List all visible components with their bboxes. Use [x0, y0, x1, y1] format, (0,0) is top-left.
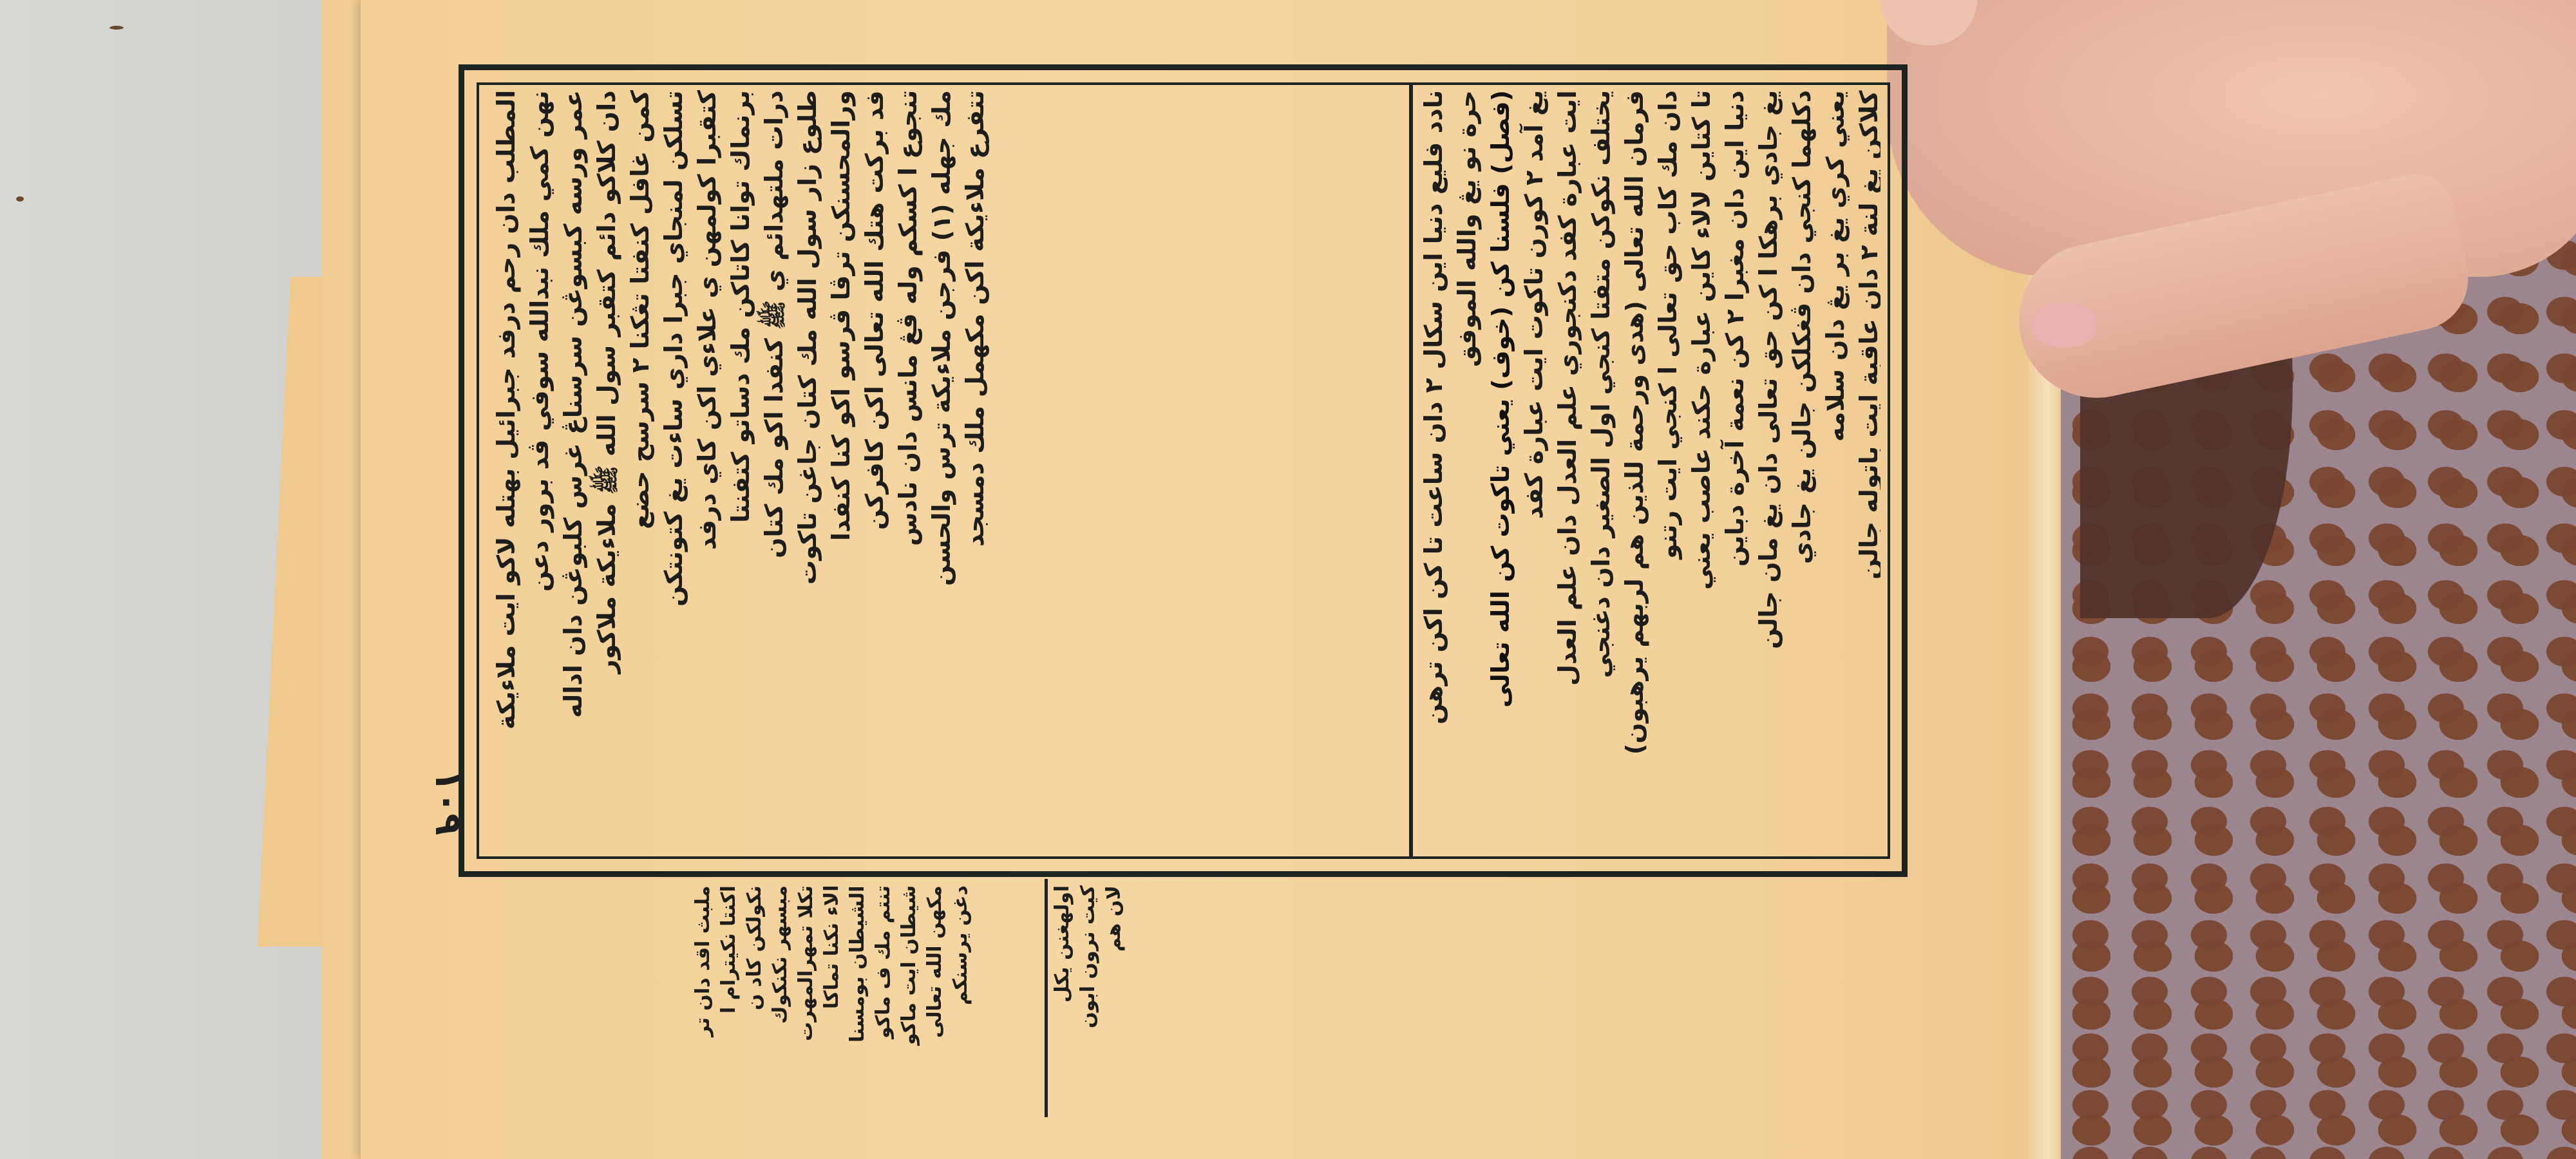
text-line: كلاكن يغ لنة ٢ دان عاقبة ايت باتوله جالن — [1852, 90, 1880, 853]
text-line: دكلهما كنجي دان ڤغكلكن جالن يغ جادي — [1785, 90, 1819, 853]
margin-commentary: ملبث اقد دان تر اكنتا نكيترام ا نكولكن ك… — [690, 885, 1032, 1117]
text-line: فرمان الله تعالى (هدى ورحمة للذين هم لرب… — [1618, 90, 1651, 853]
margin-line: نكولكن كاد ن — [742, 885, 768, 1117]
dust-speck — [16, 196, 24, 202]
margin-commentary-continued: اولهغنن يكل كيت نرون ابون لان هم — [1050, 885, 1127, 1117]
text-line: نادد فليع دنيا اين سكال ٢ دان ساعت تا كن… — [1417, 90, 1450, 853]
margin-line: اكنتا نكيترام ا — [716, 885, 742, 1117]
section-heading-line: (فصل) فلسنا كن (خوف) يعني تاكوت كن الله … — [1484, 90, 1517, 853]
text-line: تا كتاين لالاء كاين عبارة حكند عاصب يعني — [1685, 90, 1718, 853]
text-line: يغ آمد ٢ كورن تاكوت ايت عبارة كفد — [1517, 90, 1551, 853]
text-line: دنيا اين دان مغبرا ٢ كن نعمة آخرة دباين — [1718, 90, 1752, 853]
thumbnail — [2032, 303, 2096, 348]
text-line: دان كلاكو دائم كتقبر سول الله ﷺ ملاءيكة … — [590, 90, 623, 853]
text-line: درات ملتهدائم ي ﷺ كنفدا اكو مك كتان — [757, 90, 791, 853]
margin-line: تكلا تمهرالمهرت — [793, 885, 819, 1117]
text-line: فد بركت هتك الله تعالى اكن كافركن — [858, 90, 891, 853]
margin-line: تنتم مك ف ماكو — [871, 885, 896, 1117]
text-line: دان مك كاب حق تعالى ا كنجي ايت رتنو — [1651, 90, 1685, 853]
text-line: يختلف نكوكن متفتا كنجي اول الصغير دان دغ… — [1584, 90, 1618, 853]
section-divider — [1409, 82, 1413, 859]
text-line: تتفرع ملاءيكة اكن مكهمل ملك دمسجد — [958, 90, 992, 853]
text-line: مك جهله (١) فرجن ملاءيكة ترس والحسن — [925, 90, 958, 853]
text-line: عمر ورسه كبسوڠن سرسناڠ غرس كلبوڠن دان اد… — [556, 90, 590, 853]
margin-line: اولهغنن يكل — [1050, 885, 1075, 1117]
text-line: يعني كري يغ بر يڠ دان سلامه — [1819, 90, 1852, 853]
margin-line: الاء نكنا تماكا — [819, 885, 845, 1117]
text-line: كتقبرا كولمهن ي علاءي اكن كاي درفد — [690, 90, 724, 853]
margin-line: شيطان ايت ماكو — [896, 885, 922, 1117]
margin-line: ملبث اقد دان تر — [690, 885, 716, 1117]
text-line: تسلكن لمنجاي جبرا داري ساءت يغ كتونتكن — [657, 90, 690, 853]
text-line: تنجوع ا كسكم وله ڤڠ مانس دان نادس — [891, 90, 925, 853]
text-line: طلوع زار سول الله مك كتان جاغن تاكوت — [791, 90, 824, 853]
text-line: نهن كمي ملك نبدالله سوفي ڤد برور دعن — [523, 90, 556, 853]
margin-line: مبسهر نكنكوك — [768, 885, 793, 1117]
text-line: كمن غافل كنفتا تڠكنا ٢ سرسح حضع — [623, 90, 657, 853]
margin-rule — [1045, 879, 1048, 1117]
margin-line: كيت نرون ابون — [1075, 885, 1101, 1117]
main-text-lower: نادد فليع دنيا اين سكال ٢ دان ساعت تا كن… — [1417, 90, 1880, 853]
text-line: حرة نو يڠ والله الموفق — [1450, 90, 1484, 853]
main-text-upper: المطلب دان رحم درفد جبرائيل بهتله لاكو ا… — [489, 90, 1397, 853]
margin-line: دغن يرسنكم — [948, 885, 974, 1117]
text-line: برنماك توانا كاتاكن مك دساتو كتفنتا — [724, 90, 757, 853]
margin-line: لان هم — [1101, 885, 1127, 1117]
text-line: يغ جادي برهكا ا كن حق تعالى دان يغ مان ج… — [1752, 90, 1785, 853]
dust-speck — [109, 26, 124, 30]
text-line: المطلب دان رحم درفد جبرائيل بهتله لاكو ا… — [489, 90, 523, 853]
margin-line: مكهن الله تعالى — [922, 885, 948, 1117]
margin-line: الشيطان بومسنا — [845, 885, 871, 1117]
text-line: ايت عبارة كفد دكنجوري علم العدل دان علم … — [1551, 90, 1584, 853]
text-line: ورالمحسنكن ترڤا ڤرسو اكو كنا كنفدا — [824, 90, 858, 853]
